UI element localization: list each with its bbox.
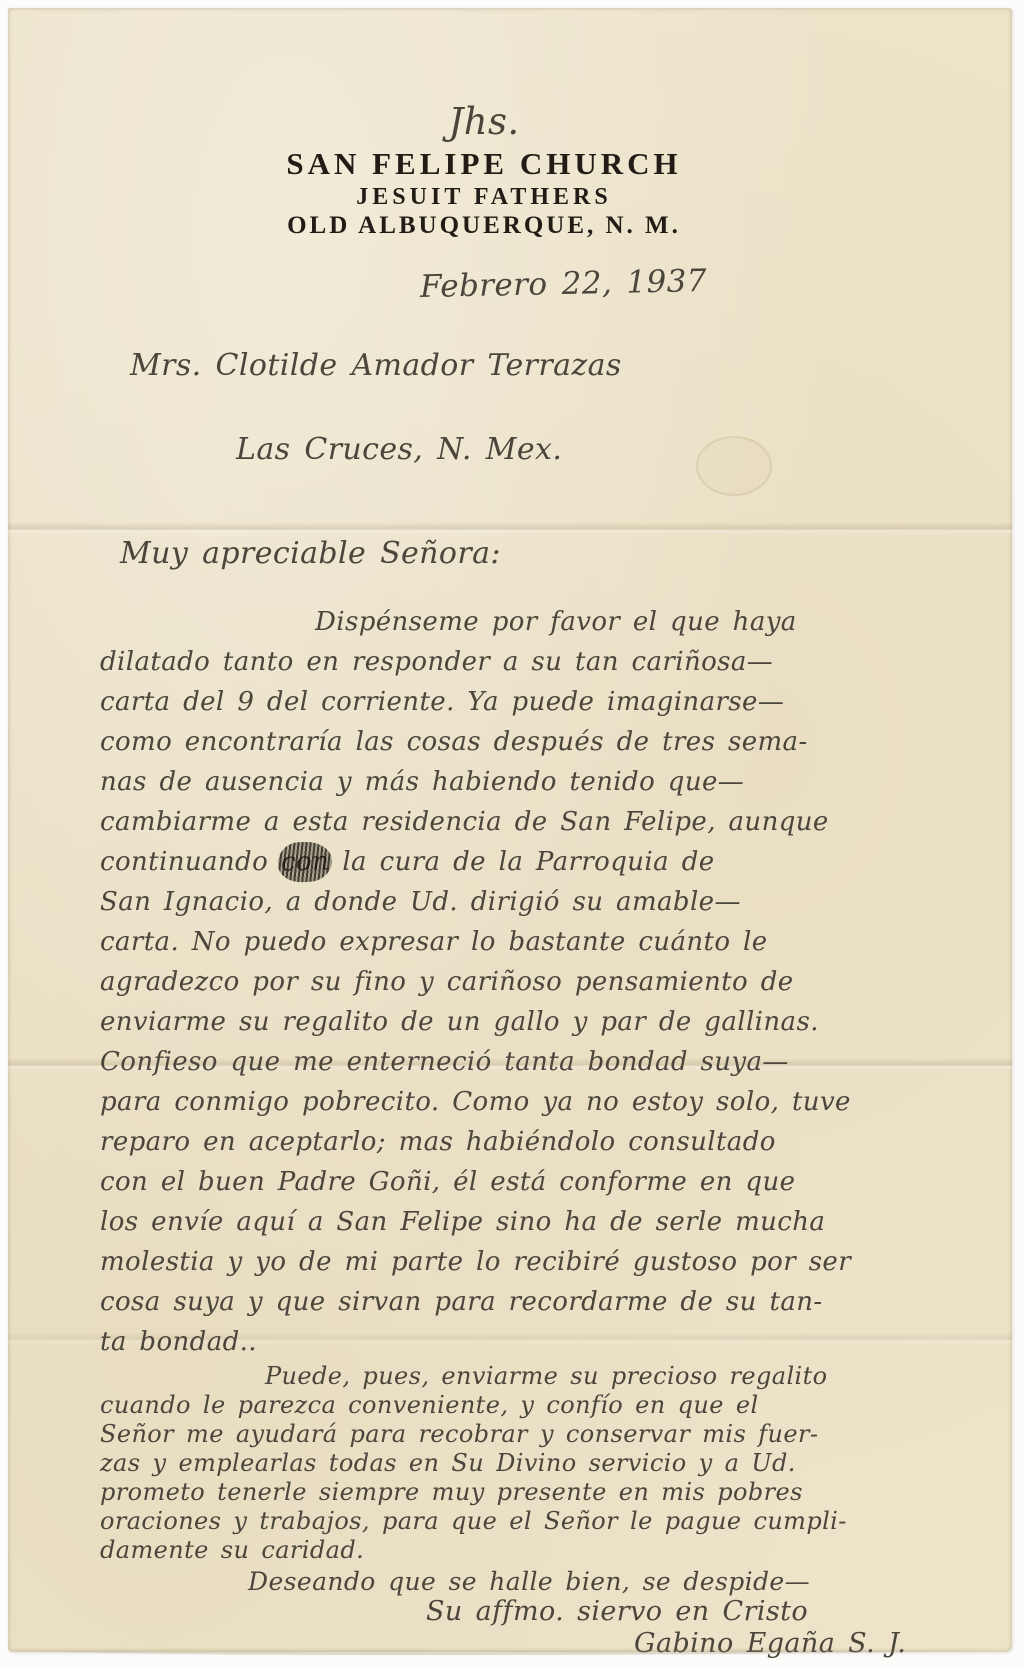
recipient-city: Las Cruces, N. Mex.: [236, 432, 562, 467]
handwritten-line: carta del 9 del corriente. Ya puede imag…: [100, 682, 956, 722]
jhs-monogram: Jhs.: [0, 100, 986, 143]
handwritten-line: los envíe aquí a San Felipe sino ha de s…: [100, 1202, 956, 1242]
handwritten-line: agradezco por su fino y cariñoso pensami…: [100, 962, 956, 1002]
handwritten-line: oraciones y trabajos, para que el Señor …: [100, 1507, 956, 1536]
handwritten-line: enviarme su regalito de un gallo y par d…: [100, 1002, 956, 1042]
handwritten-line: como encontraría las cosas después de tr…: [100, 722, 956, 762]
handwritten-line: Puede, pues, enviarme su precioso regali…: [100, 1362, 956, 1391]
letter-paper: Jhs. SAN FELIPE CHURCH JESUIT FATHERS OL…: [8, 8, 1012, 1652]
scanned-letter: Jhs. SAN FELIPE CHURCH JESUIT FATHERS OL…: [0, 0, 1024, 1667]
handwritten-line: cosa suya y que sirvan para recordarme d…: [100, 1282, 956, 1322]
handwritten-line: Dispénseme por favor el que haya: [100, 602, 956, 642]
paragraph-2: Puede, pues, enviarme su precioso regali…: [100, 1362, 956, 1565]
handwritten-line: cambiarme a esta residencia de San Felip…: [100, 802, 956, 842]
line-text: continuando: [100, 842, 268, 882]
handwritten-line-with-scribble: continuandoconla cura de la Parroquia de: [100, 842, 956, 882]
line-text: la cura de la Parroquia de: [342, 842, 714, 882]
fold-crease: [8, 522, 1012, 536]
paragraph-3: Deseando que se halle bien, se despide—: [100, 1567, 956, 1597]
salutation: Muy apreciable Señora:: [120, 536, 501, 571]
handwritten-line: Deseando que se halle bien, se despide—: [100, 1567, 956, 1597]
letter-date: Febrero 22, 1937: [420, 263, 708, 305]
handwritten-line: nas de ausencia y más habiendo tenido qu…: [100, 762, 956, 802]
signature: Gabino Egaña S. J.: [634, 1628, 906, 1659]
letter-body: Dispénseme por favor el que haya dilatad…: [100, 602, 956, 1597]
handwritten-line: prometo tenerle siempre muy presente en …: [100, 1478, 956, 1507]
handwritten-line: damente su caridad.: [100, 1536, 956, 1565]
paper-stain: [696, 436, 772, 496]
handwritten-line: Confieso que me enterneció tanta bondad …: [100, 1042, 956, 1082]
scribbled-out-word: con: [278, 841, 333, 882]
handwritten-line: ta bondad..: [100, 1322, 956, 1362]
handwritten-line: cuando le parezca conveniente, y confío …: [100, 1391, 956, 1420]
paragraph-1: Dispénseme por favor el que haya dilatad…: [100, 602, 956, 1362]
recipient-name: Mrs. Clotilde Amador Terrazas: [130, 348, 622, 383]
religious-order: JESUIT FATHERS: [0, 184, 986, 211]
handwritten-line: zas y emplearlas todas en Su Divino serv…: [100, 1449, 956, 1478]
handwritten-line: carta. No puedo expresar lo bastante cuá…: [100, 922, 956, 962]
handwritten-line: dilatado tanto en responder a su tan car…: [100, 642, 956, 682]
handwritten-line: reparo en aceptarlo; mas habiéndolo cons…: [100, 1122, 956, 1162]
church-location: OLD ALBUQUERQUE, N. M.: [0, 212, 986, 240]
handwritten-line: Señor me ayudará para recobrar y conserv…: [100, 1420, 956, 1449]
handwritten-line: con el buen Padre Goñi, él está conforme…: [100, 1162, 956, 1202]
handwritten-line: molestia y yo de mi parte lo recibiré gu…: [100, 1242, 956, 1282]
handwritten-line: San Ignacio, a donde Ud. dirigió su amab…: [100, 882, 956, 922]
valediction: Su affmo. siervo en Cristo: [426, 1596, 808, 1627]
handwritten-line: para conmigo pobrecito. Como ya no estoy…: [100, 1082, 956, 1122]
church-name: SAN FELIPE CHURCH: [0, 146, 986, 182]
